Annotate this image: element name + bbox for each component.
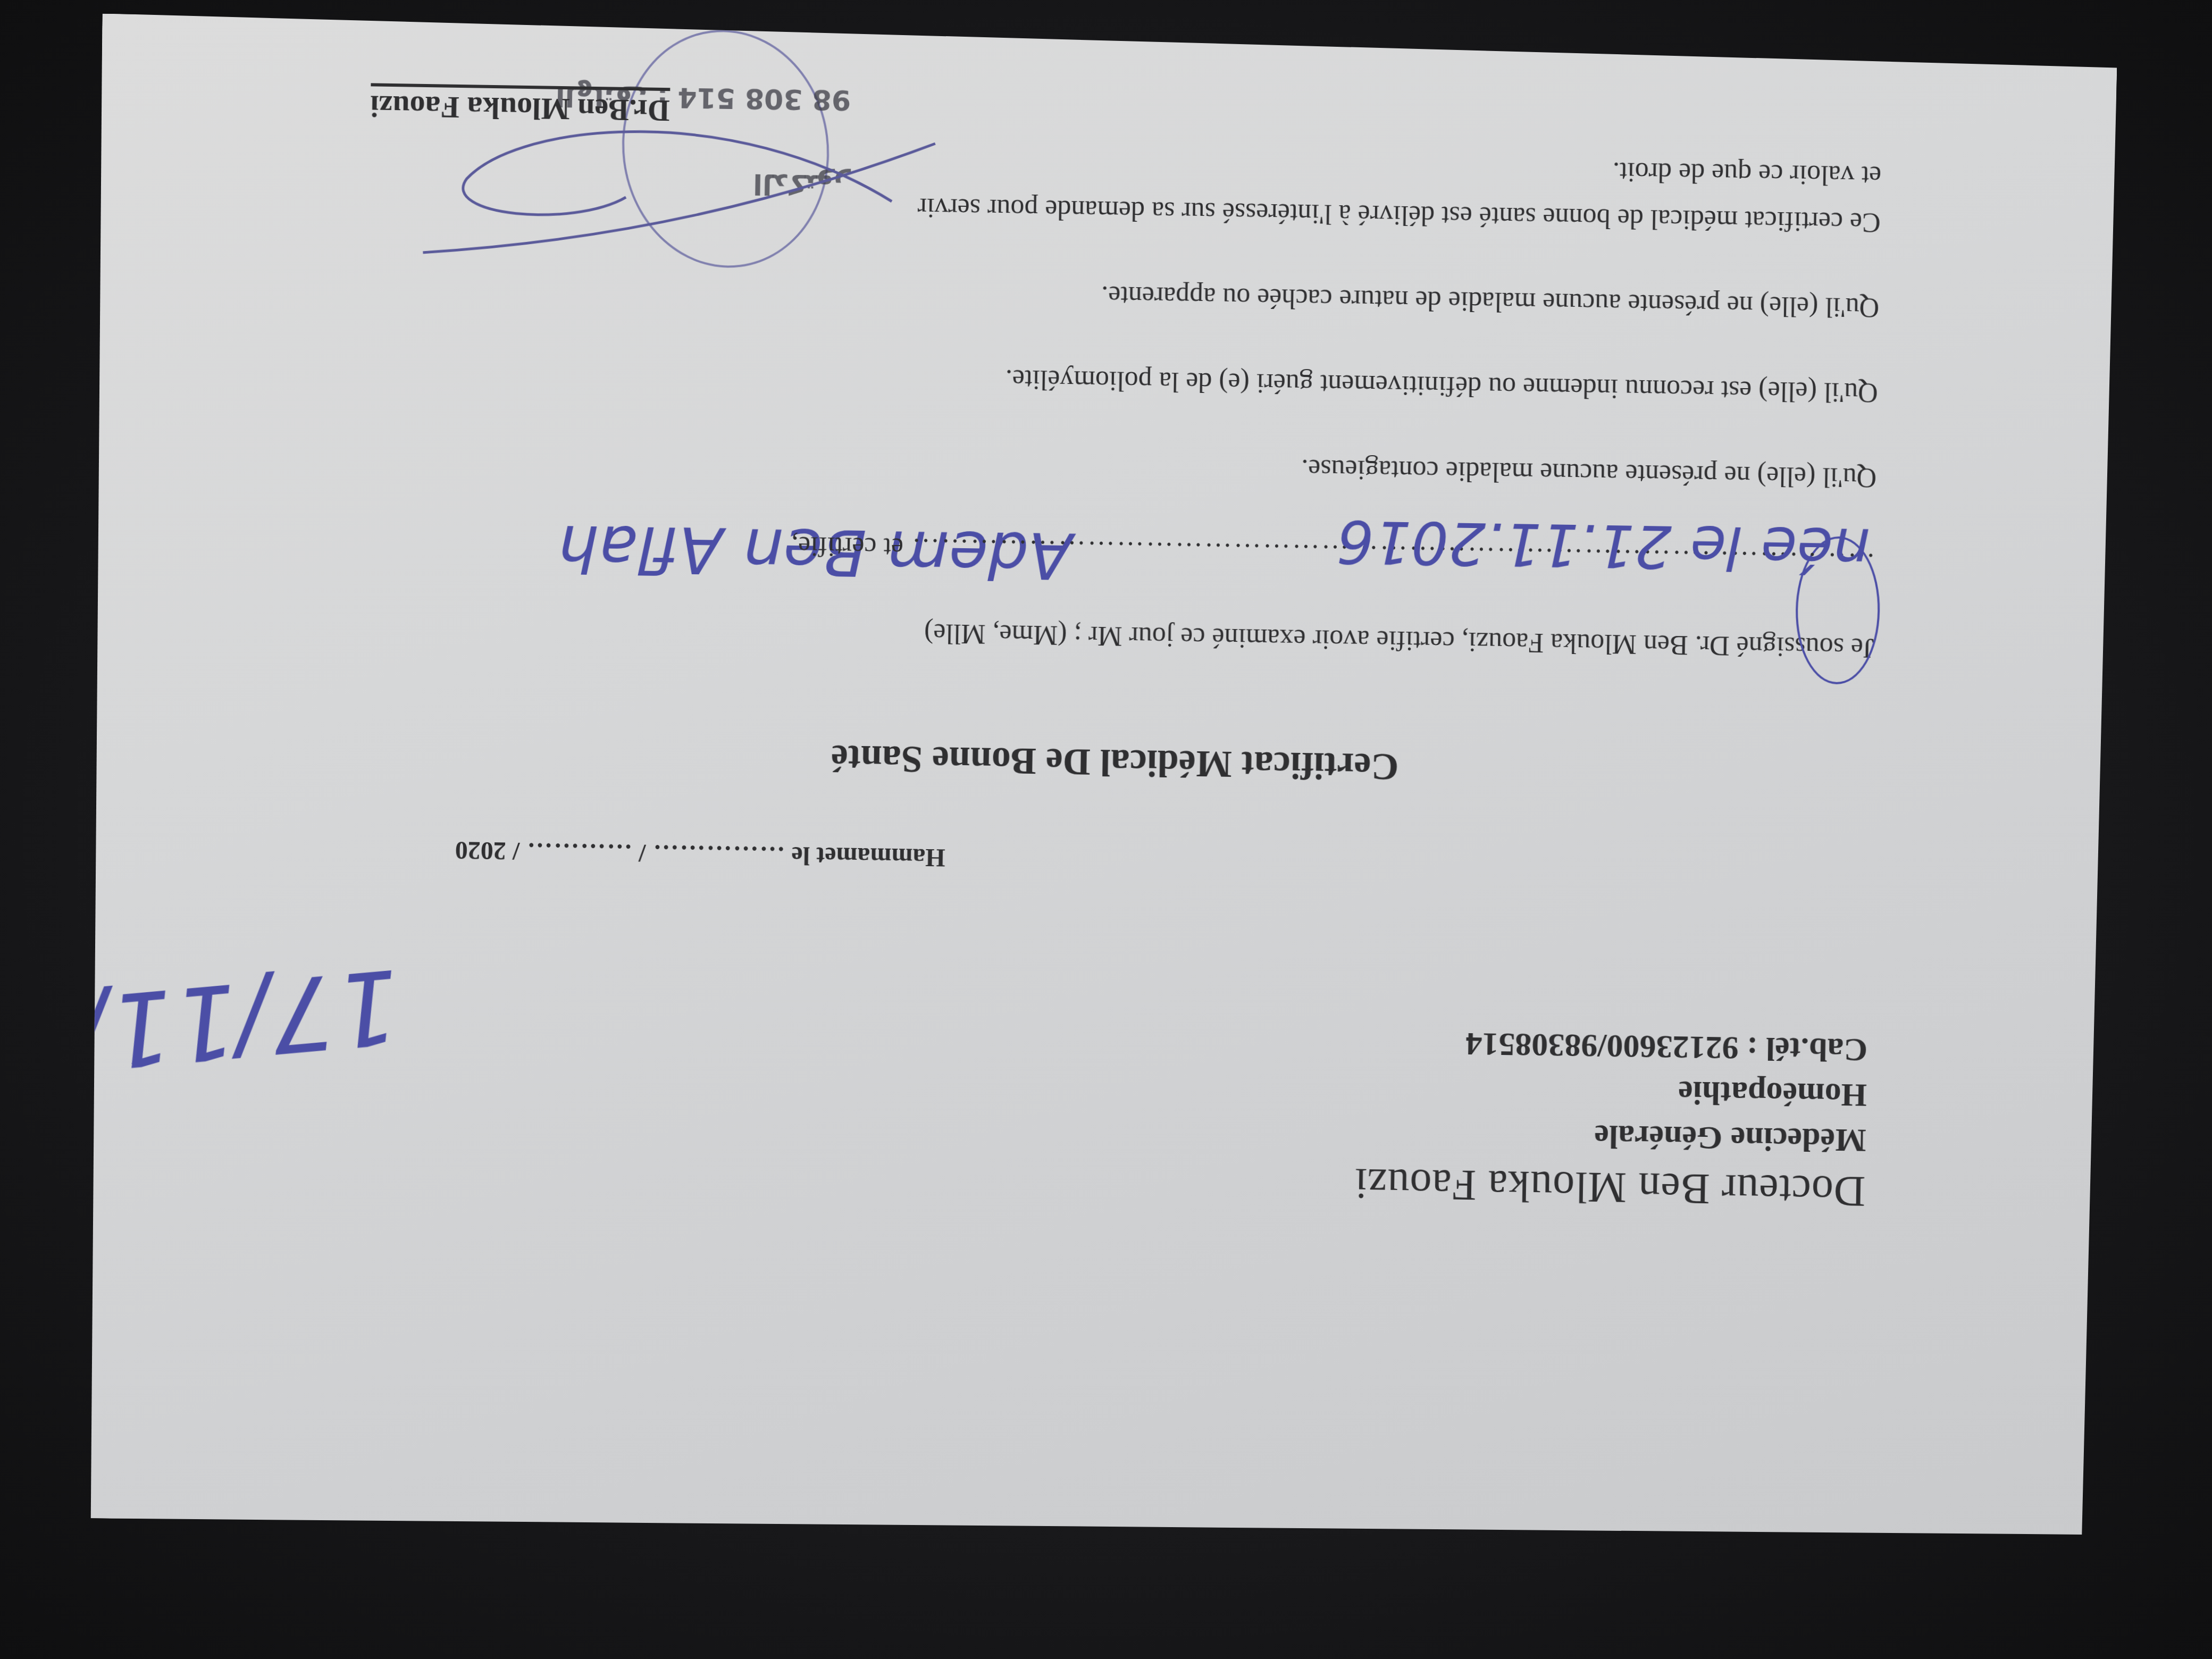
- handwritten-birth-date: née le 21.11.2016: [1336, 507, 1871, 584]
- date-day-blank: ……………: [652, 839, 785, 869]
- specialty-homeopathy: Homéopathie: [1356, 1068, 1867, 1114]
- date-separator: /: [639, 839, 646, 867]
- specialty-general-medicine: Médecine Générale: [1355, 1113, 1866, 1159]
- body-line-examined: Je soussigné Dr. Ben Mlouka Faouzi, cert…: [924, 617, 1874, 664]
- date-line: Hammamet le …………… / ………… / 2020: [455, 835, 945, 872]
- signature-scribble: [412, 120, 946, 266]
- certificate-sheet: Docteur Ben Mlouka Faouzi Médecine Génér…: [79, 13, 2117, 1549]
- date-month-blank: …………: [526, 837, 633, 867]
- certificate-title: Certificat Médical De Bonne Santé: [831, 736, 1399, 789]
- body-line-contagious: Qu'il (elle) ne présente aucune maladie …: [1301, 453, 1877, 493]
- date-prefix: Hammamet le: [791, 841, 945, 872]
- doctor-name: Docteur Ben Mlouka Faouzi: [1354, 1159, 1865, 1217]
- certify-suffix: et certifie,: [791, 531, 904, 563]
- signature-doctor-name: Dr.Ben Mlouka Faouzi: [370, 83, 671, 129]
- body-line-valid: et valoir ce que de droit.: [1612, 156, 1881, 191]
- body-line-issued: Ce certificat médical de bonne santé est…: [917, 192, 1881, 238]
- date-year: / 2020: [455, 836, 520, 865]
- body-line-hidden-disease: Qu'il (elle) ne présente aucune maladie …: [1101, 280, 1880, 323]
- certificate-paper: Docteur Ben Mlouka Faouzi Médecine Génér…: [79, 13, 2117, 1549]
- letterhead: Docteur Ben Mlouka Faouzi Médecine Génér…: [1354, 1023, 1867, 1217]
- body-line-polio: Qu'il (elle) est reconnu indemne ou défi…: [1005, 363, 1878, 408]
- office-phone: Cab.tél : 92123600/98308514: [1356, 1023, 1868, 1069]
